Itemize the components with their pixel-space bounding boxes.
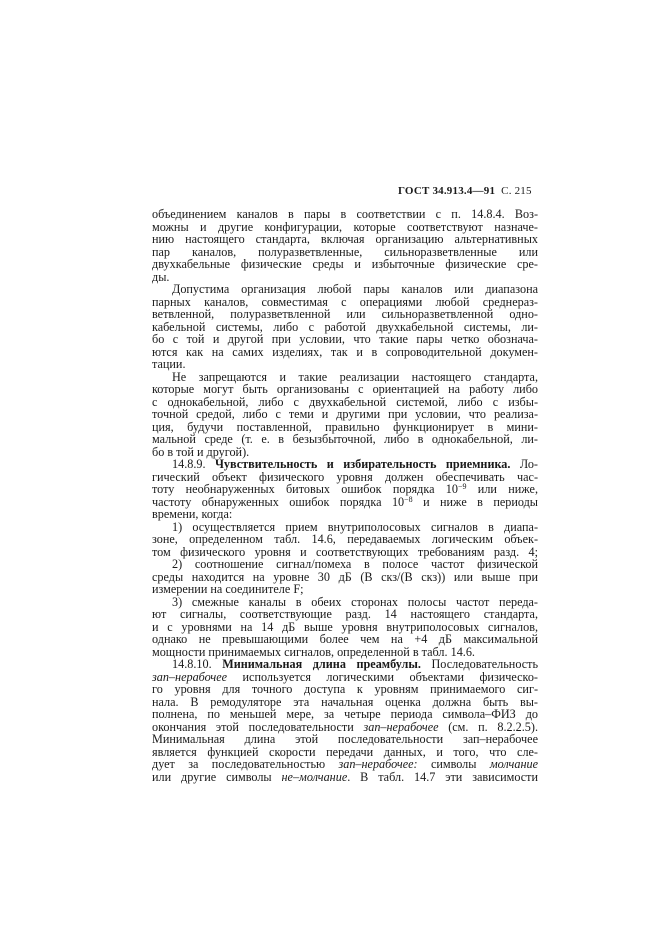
page-number: С. 215 (501, 185, 532, 197)
body-text: объединением каналов в пары в соответств… (152, 208, 538, 783)
text-line: ются как на самих изделиях, так и в сопр… (152, 346, 538, 359)
page-header: ГОСТ 34.913.4—91С. 215 (398, 185, 538, 197)
text-line: двухкабельные физические среды и избыточ… (152, 258, 538, 271)
standard-number: ГОСТ 34.913.4—91 (398, 185, 495, 197)
text-line: или другие символы не–молчание. В табл. … (152, 771, 538, 784)
